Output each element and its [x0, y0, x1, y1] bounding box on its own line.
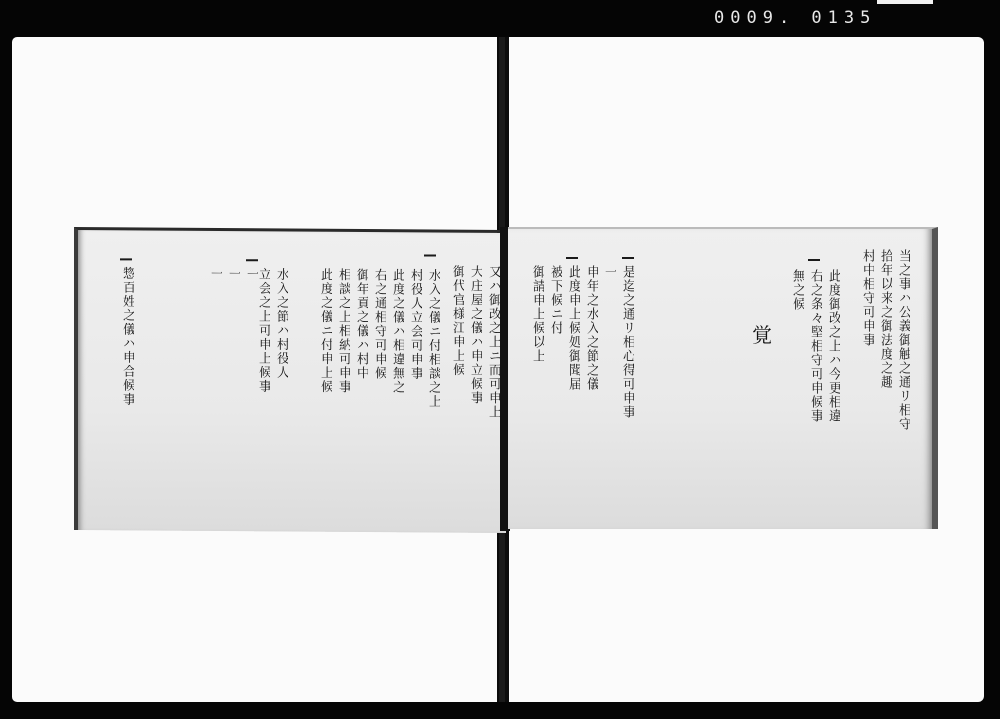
text-column: 一	[244, 267, 258, 507]
text-column: 当之事ハ公義御触之通リ相守	[896, 249, 910, 509]
text-column: 御請申上候以上	[530, 265, 544, 505]
document-heading: 覚	[752, 319, 772, 348]
text-column: 此度御改之上ハ今更相違	[826, 269, 840, 509]
text-column: 又ハ御改之上ニ而可申上	[486, 265, 500, 505]
text-column: 惣百姓之儀ハ申合候事	[120, 266, 134, 506]
item-mark	[566, 257, 578, 259]
text-column: 村中相守可申事	[860, 249, 874, 509]
text-column: 水入之節ハ村役人	[274, 267, 288, 507]
item-mark	[246, 259, 258, 261]
right-page: 当之事ハ公義御触之通リ相守 拾年以来之御法度之趣 村中相守可申事 此度御改之上ハ…	[508, 227, 938, 529]
text-column: 被下候ニ付	[548, 265, 562, 505]
open-book: 又ハ御改之上ニ而可申上 大庄屋之儀ハ申立候事 御代官様江申上候 水入之儀ニ付相談…	[74, 227, 936, 531]
text-column: 御年貢之儀ハ村中	[354, 268, 368, 508]
text-column: 立会之上可申上候事	[256, 267, 270, 507]
text-column: 是迄之通リ相心得可申事	[620, 265, 634, 505]
text-column: 右之通相守可申候	[372, 268, 386, 508]
text-column: 大庄屋之儀ハ申立候事	[468, 265, 482, 505]
text-column: 一	[602, 265, 616, 505]
frame-counter: 0009. 0135	[714, 8, 876, 28]
text-column: 水入之儀ニ付相談之上	[426, 268, 440, 508]
text-column: 申年之水入之節之儀	[584, 265, 598, 505]
item-mark	[120, 258, 132, 260]
text-column: 一	[208, 267, 222, 507]
text-column: 右之条々堅相守可申候事	[808, 269, 822, 509]
text-column: 相談之上相納可申事	[336, 268, 350, 508]
text-column: 此度之儀ハ相違無之	[390, 268, 404, 508]
text-column: 一	[226, 267, 240, 507]
left-page: 又ハ御改之上ニ而可申上 大庄屋之儀ハ申立候事 御代官様江申上候 水入之儀ニ付相談…	[74, 227, 506, 533]
item-mark	[424, 254, 436, 256]
item-mark	[622, 257, 634, 259]
text-column: 拾年以来之御法度之趣	[878, 249, 892, 509]
film-edge-marker	[877, 0, 933, 4]
text-column: 此度申上候処御聞届	[566, 265, 580, 505]
item-mark	[808, 259, 820, 261]
text-column: 此度之儀ニ付申上候	[318, 268, 332, 508]
text-column: 村役人立会可申事	[408, 268, 422, 508]
text-column: 無之候	[790, 269, 804, 389]
text-column: 御代官様江申上候	[450, 265, 464, 505]
